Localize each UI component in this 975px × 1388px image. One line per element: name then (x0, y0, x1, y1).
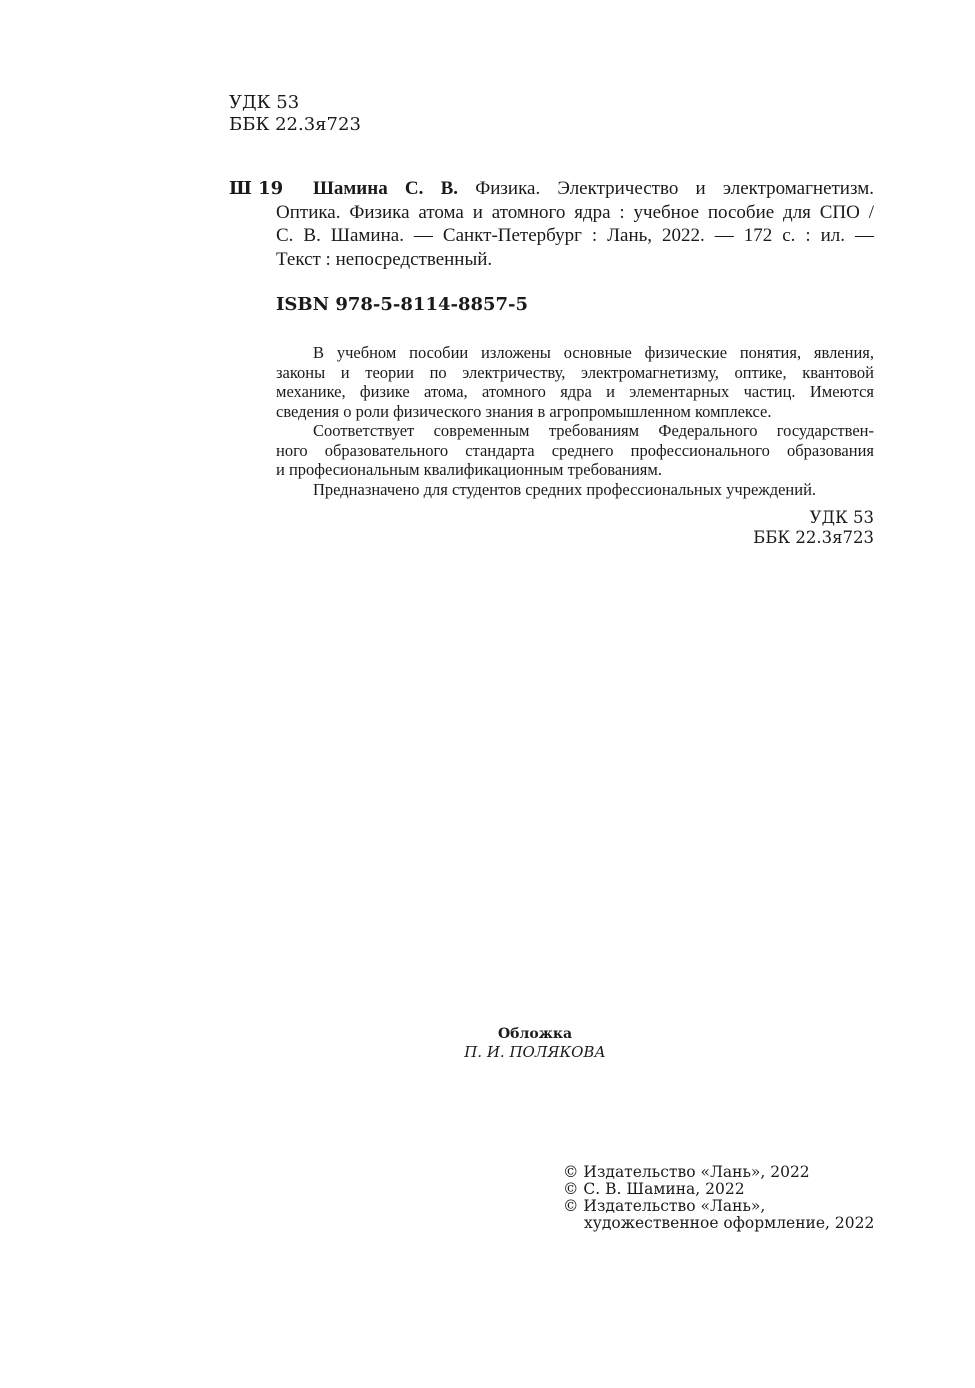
annotation-line: В учебном пособии изложены основные физи… (276, 343, 874, 363)
annotation-line: ного образовательного стандарта среднего… (276, 441, 874, 461)
author-name: Шамина С. В. (313, 178, 458, 199)
annotation: В учебном пособии изложены основные физи… (276, 343, 874, 499)
biblio-line-2: Оптика. Физика атома и атомного ядра : у… (276, 201, 874, 225)
biblio-line-3: С. В. Шамина. — Санкт-Петербург : Лань, … (276, 224, 874, 248)
copyright-line: © С. В. Шамина, 2022 (563, 1181, 874, 1198)
annotation-line: Соответствует современным требованиям Фе… (276, 421, 874, 441)
annotation-line: Предназначено для студентов средних проф… (276, 480, 874, 500)
header-classification: УДК 53 ББК 22.3я723 (229, 92, 361, 136)
copyright-block: © Издательство «Лань», 2022 © С. В. Шами… (563, 1164, 874, 1232)
bbk-code: ББК 22.3я723 (229, 114, 361, 136)
copyright-line: художественное оформление, 2022 (563, 1215, 874, 1232)
copyright-line: © Издательство «Лань», (563, 1198, 874, 1215)
copyright-line: © Издательство «Лань», 2022 (563, 1164, 874, 1181)
annotation-line: механике, физике атома, атомного ядра и … (276, 382, 874, 402)
biblio-line-4: Текст : непосредственный. (276, 248, 492, 272)
author-code: Ш 19 (229, 177, 283, 201)
isbn: ISBN 978-5-8114-8857-5 (276, 294, 528, 315)
udk-code: УДК 53 (229, 92, 361, 114)
cover-designer: П. И. ПОЛЯКОВА (380, 1043, 690, 1061)
cover-credit: Обложка П. И. ПОЛЯКОВА (380, 1026, 690, 1061)
udk-code: УДК 53 (700, 508, 874, 528)
biblio-line-1: Шамина С. В. Физика. Электричество и эле… (313, 177, 874, 201)
annotation-line: и професиональным квалификационным требо… (276, 460, 874, 480)
footer-classification: УДК 53 ББК 22.3я723 (700, 508, 874, 548)
title-start: Физика. Электричество и электромагнетизм… (475, 178, 874, 199)
cover-label: Обложка (380, 1026, 690, 1043)
annotation-line: сведения о роли физического знания в агр… (276, 402, 874, 422)
annotation-line: законы и теории по электричеству, электр… (276, 363, 874, 383)
bbk-code: ББК 22.3я723 (700, 528, 874, 548)
